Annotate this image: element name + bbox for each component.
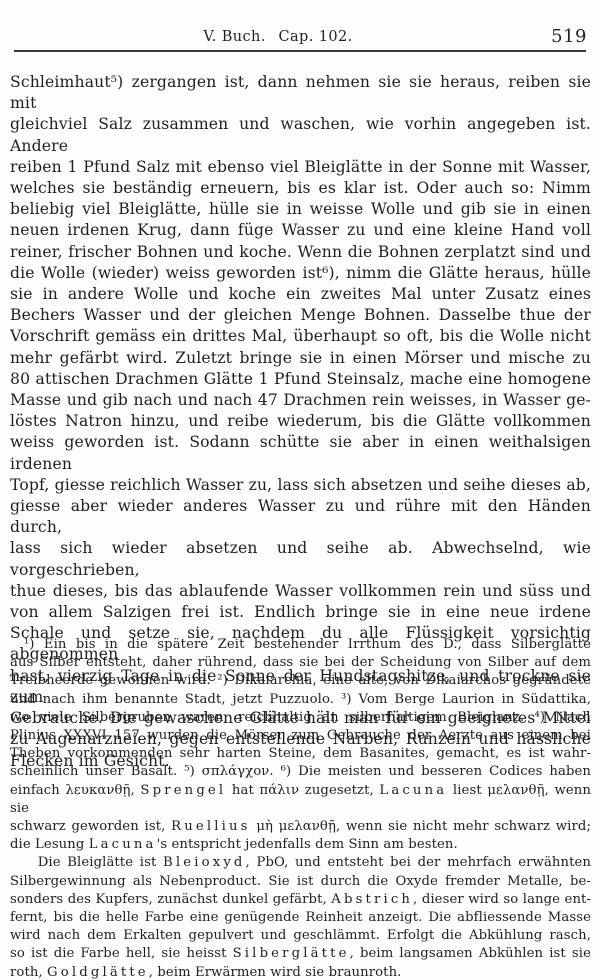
text-line: von allem Salzigen frei ist. Endlich bri… xyxy=(10,602,591,623)
text-line: einfach λευκανθῇ, Sprengel hat πάλιν zug… xyxy=(10,782,591,818)
text-line: roth, Goldglätte, beim Erwärmen wird sie… xyxy=(10,964,591,980)
notes-area: ¹) Ein bis in die spätere Zeit bestehend… xyxy=(10,636,591,980)
text-line: giesse aber wieder anderes Wasser zu und… xyxy=(10,496,591,538)
text-line: ¹) Ein bis in die spätere Zeit bestehend… xyxy=(10,636,591,654)
text-line: Treibheerde gewonnen wird. ²) Dikaiarchi… xyxy=(10,672,591,690)
text-line: wird nach dem Erkalten gepulvert und ges… xyxy=(10,927,591,945)
text-line: löstes Natron hinzu, und reibe wiederum,… xyxy=(10,411,591,432)
text-line: und nach ihm benannte Stadt, jetzt Puzzu… xyxy=(10,691,591,709)
letterspaced-term: Sprengel xyxy=(140,783,226,798)
letterspaced-term: Lacuna xyxy=(379,783,447,798)
text-line: reiner, frischer Bohnen und koche. Wenn … xyxy=(10,242,591,263)
letterspaced-term: Abstrich xyxy=(331,892,413,907)
letterspaced-term: Silberglätte xyxy=(233,946,350,961)
text-line: Theben vorkommenden sehr harten Steine, … xyxy=(10,745,591,763)
text-line: mehr gefärbt wird. Zuletzt bringe sie in… xyxy=(10,348,591,369)
text-line: Bechers Wasser und der gleichen Menge Bo… xyxy=(10,305,591,326)
text-line: neuen irdenen Krug, dann füge Wasser zu … xyxy=(10,220,591,241)
running-title: V. Buch. Cap. 102. xyxy=(0,29,556,45)
book-page: V. Buch. Cap. 102. 519 Schleimhaut⁵) zer… xyxy=(0,0,600,980)
text-line: Die Bleiglätte ist Bleioxyd, PbO, und en… xyxy=(10,854,591,872)
page-header: V. Buch. Cap. 102. 519 xyxy=(0,29,600,49)
letterspaced-term: Goldglätte xyxy=(47,965,149,980)
text-line: weiss geworden ist. Sodann schütte sie a… xyxy=(10,432,591,474)
text-line: Plinius XXXVI 157 wurden die Mörser zum … xyxy=(10,727,591,745)
text-line: aus Silber entsteht, daher rührend, dass… xyxy=(10,654,591,672)
text-line: schwarz geworden ist, Ruellius μὴ μελανθ… xyxy=(10,818,591,836)
commentary-block: Die Bleiglätte ist Bleioxyd, PbO, und en… xyxy=(10,854,591,980)
text-line: sonders des Kupfers, zunächst dunkel gef… xyxy=(10,891,591,909)
text-line: sie in andere Wolle und koche ein zweite… xyxy=(10,284,591,305)
text-line: welches sie beständig erneuern, bis es k… xyxy=(10,178,591,199)
letterspaced-term: Bleioxyd xyxy=(163,855,246,870)
text-line: Topf, giesse reichlich Wasser zu, lass s… xyxy=(10,475,591,496)
header-rule xyxy=(14,50,586,52)
letterspaced-term: Ruellius xyxy=(171,819,251,834)
text-line: reiben 1 Pfund Salz mit ebenso viel Blei… xyxy=(10,157,591,178)
text-line: 80 attischen Drachmen Glätte 1 Pfund Ste… xyxy=(10,369,591,390)
text-line: fernt, bis die helle Farbe eine genügend… xyxy=(10,909,591,927)
text-line: so ist die Farbe hell, sie heisst Silber… xyxy=(10,945,591,963)
text-line: die Wolle (wieder) weiss geworden ist⁶),… xyxy=(10,263,591,284)
text-line: Schleimhaut⁵) zergangen ist, dann nehmen… xyxy=(10,72,591,114)
text-line: Silbergewinnung als Nebenproduct. Sie is… xyxy=(10,873,591,891)
text-line: lass sich wieder absetzen und seihe ab. … xyxy=(10,538,591,580)
text-line: Masse und gib nach und nach 47 Drachmen … xyxy=(10,390,591,411)
text-line: Vorschrift gemäss ein drittes Mal, überh… xyxy=(10,326,591,347)
text-line: wo viele Silbergruben waren, reichhaltig… xyxy=(10,709,591,727)
letterspaced-term: Lacuna xyxy=(89,837,157,852)
page-number: 519 xyxy=(551,26,587,47)
text-line: die Lesung Lacuna's entspricht jedenfall… xyxy=(10,836,591,854)
text-line: beliebig viel Bleiglätte, hülle sie in w… xyxy=(10,199,591,220)
text-line: scheinlich unser Basalt. ⁵) σπλάγχον. ⁶)… xyxy=(10,763,591,781)
text-line: gleichviel Salz zusammen und waschen, wi… xyxy=(10,114,591,156)
text-line: thue dieses, bis das ablaufende Wasser v… xyxy=(10,581,591,602)
footnotes-block: ¹) Ein bis in die spätere Zeit bestehend… xyxy=(10,636,591,854)
